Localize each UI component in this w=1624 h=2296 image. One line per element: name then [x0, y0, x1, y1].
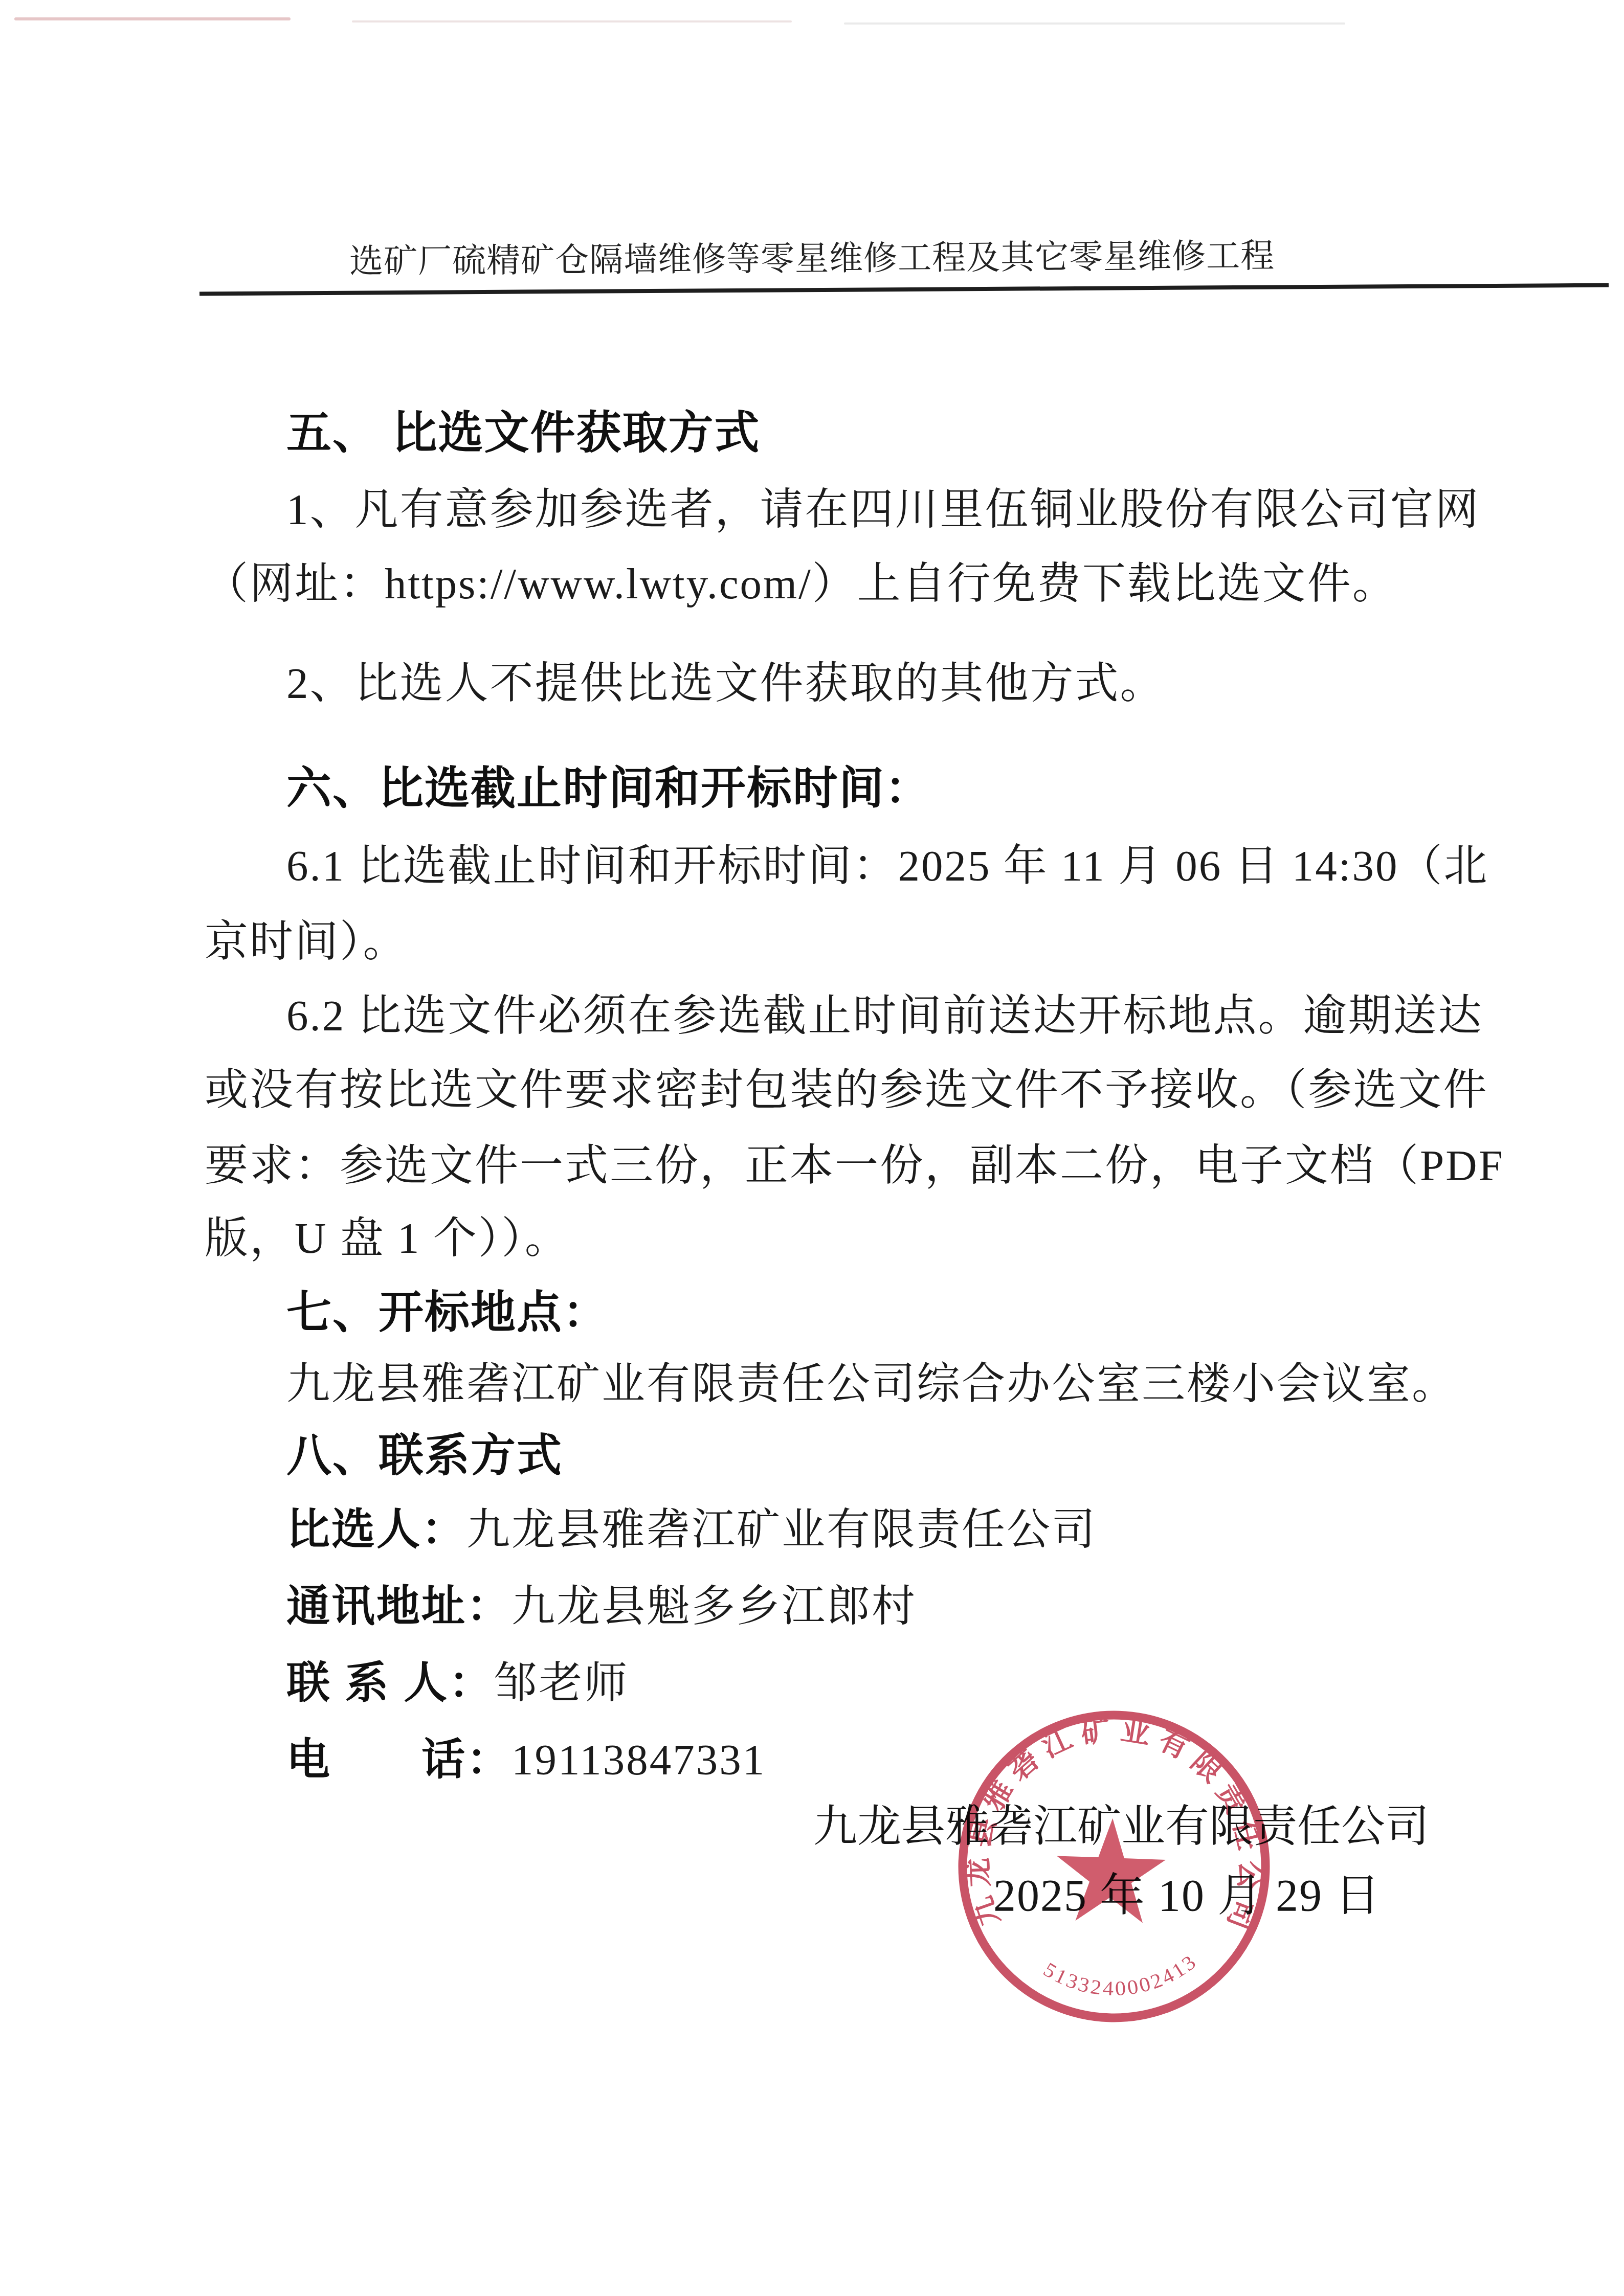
company-seal-stamp: 九龙县雅砻江矿业有限责任公司 5133240002413 [942, 1695, 1286, 2038]
contact-row-person: 联 系 人：邹老师 [286, 1660, 629, 1706]
scan-streak [352, 20, 792, 22]
contact-value-phone: 19113847331 [511, 1736, 766, 1784]
section-6-paragraph-2-line-1: 6.2 比选文件必须在参选截止时间前送达开标地点。逾期送达 [286, 993, 1483, 1039]
contact-label-address: 通讯地址： [286, 1582, 511, 1631]
section-6-paragraph-2-line-2: 或没有按比选文件要求密封包装的参选文件不予接收。（参选文件 [205, 1067, 1488, 1113]
section-6-paragraph-1-line-1: 6.1 比选截止时间和开标时间：2025 年 11 月 06 日 14:30（北 [286, 843, 1488, 889]
header-underline [199, 283, 1609, 296]
section-6-paragraph-1-line-2: 京时间）。 [205, 919, 408, 965]
contact-value-person: 邹老师 [494, 1659, 629, 1707]
contact-label-bidder: 比选人： [286, 1505, 466, 1554]
document-page: 选矿厂硫精矿仓隔墙维修等零星维修工程及其它零星维修工程 五、 比选文件获取方式 … [0, 0, 1624, 2296]
section-5-paragraph-2: 2、比选人不提供比选文件获取的其他方式。 [286, 661, 1165, 707]
section-7-paragraph-1: 九龙县雅砻江矿业有限责任公司综合办公室三楼小会议室。 [286, 1361, 1457, 1407]
scan-streak [14, 17, 291, 20]
seal-company-arc-text: 九龙县雅砻江矿业有限责任公司 [959, 1708, 1272, 1941]
document-title: 选矿厂硫精矿仓隔墙维修等零星维修工程及其它零星维修工程 [0, 226, 1624, 284]
contact-row-phone: 电 话：19113847331 [286, 1737, 766, 1783]
seal-star-icon [1055, 1816, 1167, 1924]
contact-row-bidder: 比选人：九龙县雅砻江矿业有限责任公司 [286, 1507, 1097, 1553]
contact-value-address: 九龙县魁多乡江郎村 [511, 1583, 917, 1631]
section-8-heading: 八、联系方式 [286, 1431, 563, 1479]
scan-streak [844, 22, 1345, 25]
contact-value-bidder: 九龙县雅砻江矿业有限责任公司 [466, 1506, 1097, 1554]
section-5-heading: 五、 比选文件获取方式 [286, 409, 760, 456]
section-6-paragraph-2-line-4: 版，U 盘 1 个））。 [205, 1215, 570, 1262]
contact-row-address: 通讯地址：九龙县魁多乡江郎村 [286, 1584, 917, 1630]
contact-label-person: 联 系 人： [286, 1659, 494, 1707]
section-6-heading: 六、比选截止时间和开标时间： [286, 764, 931, 812]
section-6-paragraph-2-line-3: 要求：参选文件一式三份，正本一份，副本二份，电子文档（PDF [205, 1143, 1504, 1189]
section-5-paragraph-1-line-1: 1、凡有意参加参选者，请在四川里伍铜业股份有限公司官网 [286, 487, 1480, 533]
contact-label-phone: 电 话： [286, 1736, 511, 1784]
section-5-paragraph-1-line-2: （网址：https://www.lwty.com/）上自行免费下载比选文件。 [205, 561, 1397, 607]
section-7-heading: 七、开标地点： [286, 1288, 609, 1336]
seal-serial-number: 5133240002413 [1039, 1944, 1203, 2003]
